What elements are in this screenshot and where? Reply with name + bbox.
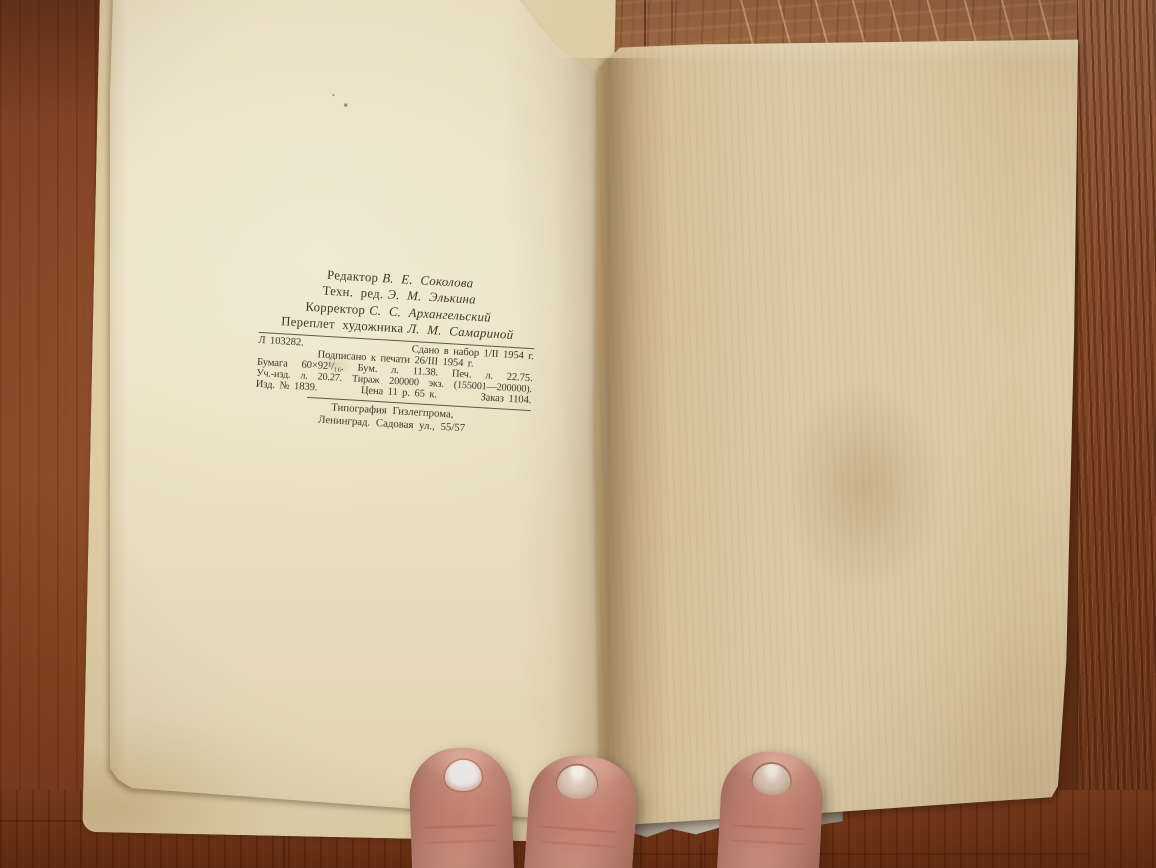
staff-role: Корректор bbox=[305, 299, 365, 317]
finger-left bbox=[410, 748, 512, 868]
staff-role: Техн. ред. bbox=[322, 284, 384, 302]
wood-seam bbox=[671, 0, 673, 46]
colophon-text-block: РедакторВ. Е. Соколова Техн. ред.Э. М. Э… bbox=[253, 262, 538, 439]
finger-right-skin bbox=[717, 749, 825, 868]
imprint-order-number: Заказ 1104. bbox=[480, 393, 531, 407]
finger-right-nail bbox=[752, 763, 792, 796]
finger-middle-nail bbox=[556, 764, 598, 800]
finger-middle-skin bbox=[524, 752, 640, 868]
finger-left-skin bbox=[408, 746, 514, 868]
finger-middle bbox=[528, 756, 636, 868]
photo-open-book-on-table: РедакторВ. Е. Соколова Техн. ред.Э. М. Э… bbox=[0, 0, 1156, 868]
wood-seam bbox=[700, 842, 702, 868]
right-page-blank bbox=[594, 30, 1086, 830]
finger-left-nail bbox=[444, 759, 482, 791]
imprint-izd-number: Изд. № 1839. bbox=[255, 379, 317, 394]
wood-plank-right bbox=[1077, 0, 1156, 868]
staff-role: Редактор bbox=[327, 268, 379, 285]
finger-right bbox=[720, 752, 822, 868]
